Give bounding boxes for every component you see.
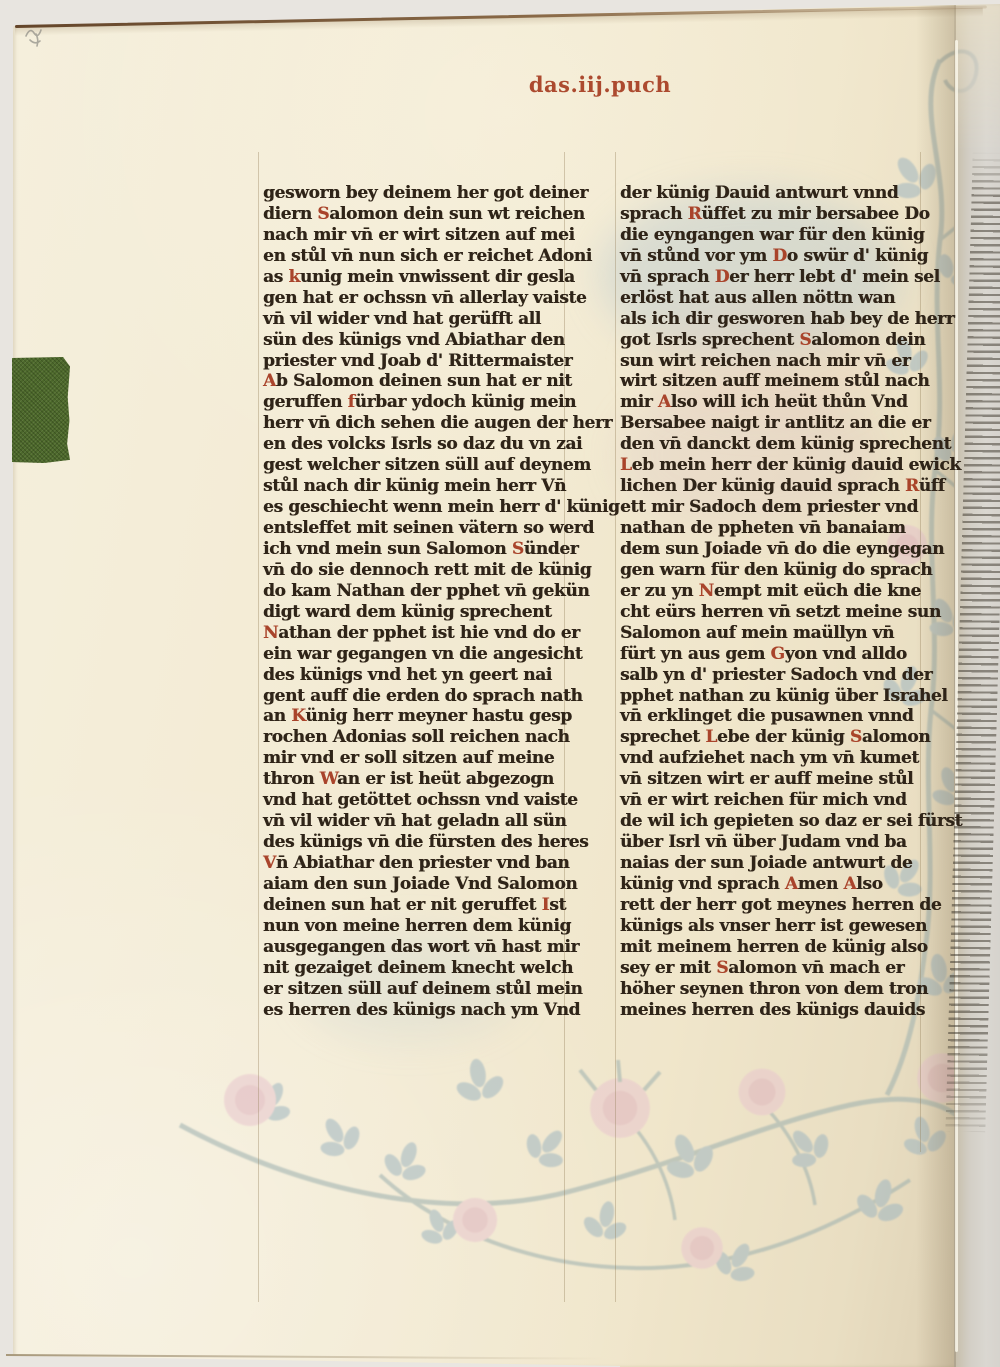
text-line: an Künig herr meyner hastu gesp — [263, 706, 571, 727]
text-line: es herren des künigs nach ym Vnd — [263, 1000, 571, 1021]
text-line: thron Wan er ist heüt abgezogn — [263, 769, 571, 790]
text-line: digt ward dem künig sprechent — [263, 602, 571, 623]
text-line: vn̄ sitzen wirt er auff meine stůl — [620, 769, 928, 790]
text-line: gent auff die erden do sprach nath — [263, 686, 571, 707]
text-line: nach mir vn̄ er wirt sitzen auf mei — [263, 225, 571, 246]
text-line: nun von meine herren dem künig — [263, 916, 571, 937]
text-line: geruffen fürbar ydoch künig mein — [263, 392, 571, 413]
text-line: höher seynen thron von dem tron — [620, 979, 928, 1000]
text-line: dem sun Joiade vn̄ do die eyngegan — [620, 539, 928, 560]
text-line: fürt yn aus gem Gyon vnd alldo — [620, 644, 928, 665]
text-line: naias der sun Joiade antwurt de — [620, 853, 928, 874]
text-column-left: gesworn bey deinem her got deinerdiern S… — [263, 183, 571, 1021]
text-line: ich vnd mein sun Salomon Sünder — [263, 539, 571, 560]
text-line: lichen Der künig dauid sprach Rüff — [620, 476, 928, 497]
text-line: entsleffet mit seinen vätern so werd — [263, 518, 571, 539]
text-line: ein war gegangen vn die angesicht — [263, 644, 571, 665]
text-line: as kunig mein vnwissent dir gesla — [263, 267, 571, 288]
text-line: sprechet Lebe der künig Salomon — [620, 727, 928, 748]
text-line: des künigs vn̄ die fürsten des heres — [263, 832, 571, 853]
text-line: got Isrls sprechent Salomon dein — [620, 330, 928, 351]
text-line: des künigs vnd het yn geert nai — [263, 665, 571, 686]
text-line: salb yn d' priester Sadoch vnd der — [620, 665, 928, 686]
text-line: herr vn̄ dich sehen die augen der herr — [263, 413, 571, 434]
text-line: erlöst hat aus allen nöttn wan — [620, 288, 928, 309]
text-line: aiam den sun Joiade Vnd Salomon — [263, 874, 571, 895]
text-line: vn̄ er wirt reichen für mich vnd — [620, 790, 928, 811]
text-line: nit gezaiget deinem knecht welch — [263, 958, 571, 979]
text-line: den vn̄ danckt dem künig sprechent — [620, 434, 928, 455]
text-line: deinen sun hat er nit geruffet Ist — [263, 895, 571, 916]
ruling-line — [258, 152, 259, 1302]
text-line: nathan de ppheten vn̄ banaiam — [620, 518, 928, 539]
text-line: es geschiecht wenn mein herr d' künig — [263, 497, 571, 518]
text-line: en des volcks Isrls so daz du vn zai — [263, 434, 571, 455]
text-line: vn̄ stůnd vor ym Do swür d' künig — [620, 246, 928, 267]
pencil-mark — [22, 24, 50, 50]
text-line: Ab Salomon deinen sun hat er nit — [263, 371, 571, 392]
text-line: mir Also will ich heüt thůn Vnd — [620, 392, 928, 413]
text-line: wirt sitzen auff meinem stůl nach — [620, 371, 928, 392]
text-line: do kam Nathan der pphet vn̄ gekün — [263, 581, 571, 602]
text-line: vn̄ do sie dennoch rett mit de künig — [263, 560, 571, 581]
text-line: sprach Rüffet zu mir bersabee Do — [620, 204, 928, 225]
text-line: de wil ich gepieten so daz er sei fürst — [620, 811, 928, 832]
text-line: Nathan der pphet ist hie vnd do er — [263, 623, 571, 644]
text-line: Salomon auf mein maüllyn vn̄ — [620, 623, 928, 644]
text-line: mir vnd er soll sitzen auf meine — [263, 748, 571, 769]
text-line: gen warn für den künig do sprach — [620, 560, 928, 581]
text-line: die eyngangen war für den künig — [620, 225, 928, 246]
text-line: sey er mit Salomon vn̄ mach er — [620, 958, 928, 979]
text-line: mit meinem herren de künig also — [620, 937, 928, 958]
text-line: Leb mein herr der künig dauid ewick — [620, 455, 928, 476]
text-line: gest welcher sitzen süll auf deynem — [263, 455, 571, 476]
text-line: sün des künigs vnd Abiathar den — [263, 330, 571, 351]
text-line: künigs als vnser herr ist gewesen — [620, 916, 928, 937]
text-line: er zu yn Nempt mit eüch die kne — [620, 581, 928, 602]
text-line: vn̄ vil wider vnd hat gerüfft all — [263, 309, 571, 330]
text-line: vn̄ sprach Der herr lebt d' mein sel — [620, 267, 928, 288]
text-column-right: der künig Dauid antwurt vnndsprach Rüffe… — [620, 183, 928, 1021]
text-line: sun wirt reichen nach mir vn̄ er — [620, 351, 928, 372]
text-line: künig vnd sprach Amen Also — [620, 874, 928, 895]
bookmark-tab[interactable] — [12, 357, 70, 463]
text-line: gesworn bey deinem her got deiner — [263, 183, 571, 204]
text-line: diern Salomon dein sun wt reichen — [263, 204, 571, 225]
text-line: rochen Adonias soll reichen nach — [263, 727, 571, 748]
text-line: ett mir Sadoch dem priester vnd — [620, 497, 928, 518]
text-line: über Isrl vn̄ über Judam vnd ba — [620, 832, 928, 853]
text-line: vn̄ erklinget die pusawnen vnnd — [620, 706, 928, 727]
text-line: meines herren des künigs dauids — [620, 1000, 928, 1021]
text-line: der künig Dauid antwurt vnnd — [620, 183, 928, 204]
text-line: en stůl vn̄ nun sich er reichet Adoni — [263, 246, 571, 267]
text-line: Bersabee naigt ir antlitz an die er — [620, 413, 928, 434]
text-line: vnd aufziehet nach ym vn̄ kumet — [620, 748, 928, 769]
text-line: gen hat er ochssn vn̄ allerlay vaiste — [263, 288, 571, 309]
text-line: vn̄ vil wider vn̄ hat geladn all sün — [263, 811, 571, 832]
text-line: vnd hat getöttet ochssn vnd vaiste — [263, 790, 571, 811]
text-line: stůl nach dir künig mein herr Vn̄ — [263, 476, 571, 497]
text-line: ausgegangen das wort vn̄ hast mir — [263, 937, 571, 958]
text-line: priester vnd Joab d' Rittermaister — [263, 351, 571, 372]
text-line: rett der herr got meynes herren de — [620, 895, 928, 916]
ruling-line — [615, 152, 616, 1302]
text-line: er sitzen süll auf deinem stůl mein — [263, 979, 571, 1000]
text-line: cht eürs herren vn̄ setzt meine sun — [620, 602, 928, 623]
text-line: pphet nathan zu künig über Israhel — [620, 686, 928, 707]
text-line: als ich dir gesworen hab bey de herr — [620, 309, 928, 330]
rubric-heading: das.iij.puch — [520, 72, 680, 97]
text-line: Vn̄ Abiathar den priester vnd ban — [263, 853, 571, 874]
manuscript-photo: das.iij.puch gesworn bey deinem her got … — [0, 0, 1000, 1367]
